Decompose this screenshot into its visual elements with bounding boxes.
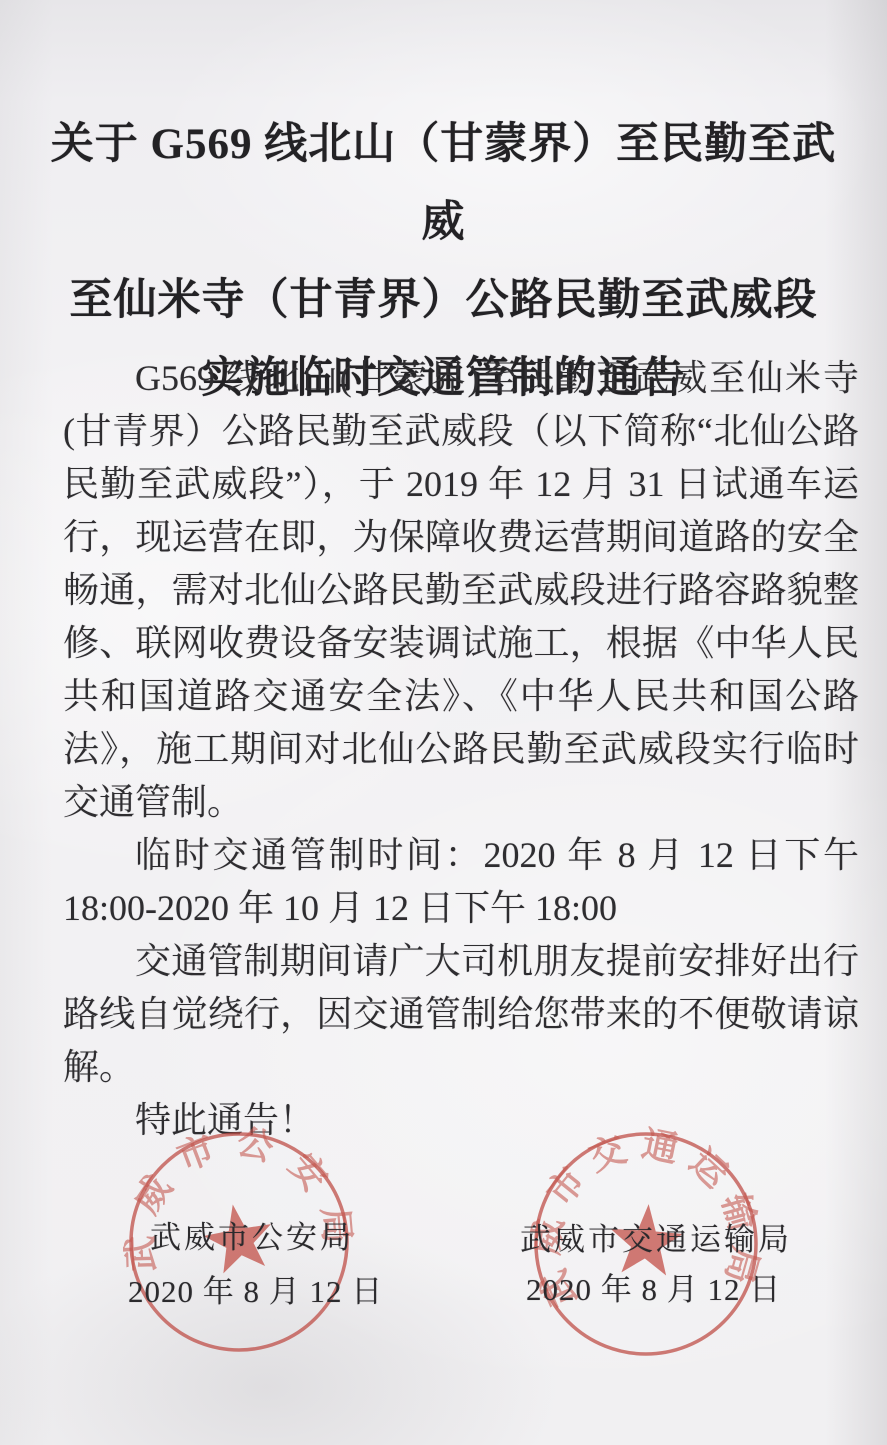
paragraph-intro: G569 线北山(甘蒙界)至民勤至武威至仙米寺(甘青界）公路民勤至武威段（以下简…	[63, 352, 859, 829]
signature-agency-transport: 武威市交通运输局	[520, 1214, 792, 1259]
signature-date-transport: 2020 年 8 月 12 日	[526, 1264, 781, 1309]
paragraph-control-time: 临时交通管制时间：2020 年 8 月 12 日下午 18:00-2020 年 …	[63, 829, 859, 935]
paragraph-advice: 交通管制期间请广大司机朋友提前安排好出行路线自觉绕行，因交通管制给您带来的不便敬…	[63, 935, 859, 1094]
scanned-notice-page: 关于 G569 线北山（甘蒙界）至民勤至武威 至仙米寺（甘青界）公路民勤至武威段…	[0, 0, 887, 1445]
signature-date-public-security: 2020 年 8 月 12 日	[128, 1266, 383, 1311]
notice-body: G569 线北山(甘蒙界)至民勤至武威至仙米寺(甘青界）公路民勤至武威段（以下简…	[63, 352, 859, 1147]
signature-agency-public-security: 武威市公安局	[150, 1212, 354, 1257]
notice-title-line-1: 关于 G569 线北山（甘蒙界）至民勤至武威	[40, 106, 847, 262]
notice-title-line-2: 至仙米寺（甘青界）公路民勤至武威段	[40, 262, 847, 340]
